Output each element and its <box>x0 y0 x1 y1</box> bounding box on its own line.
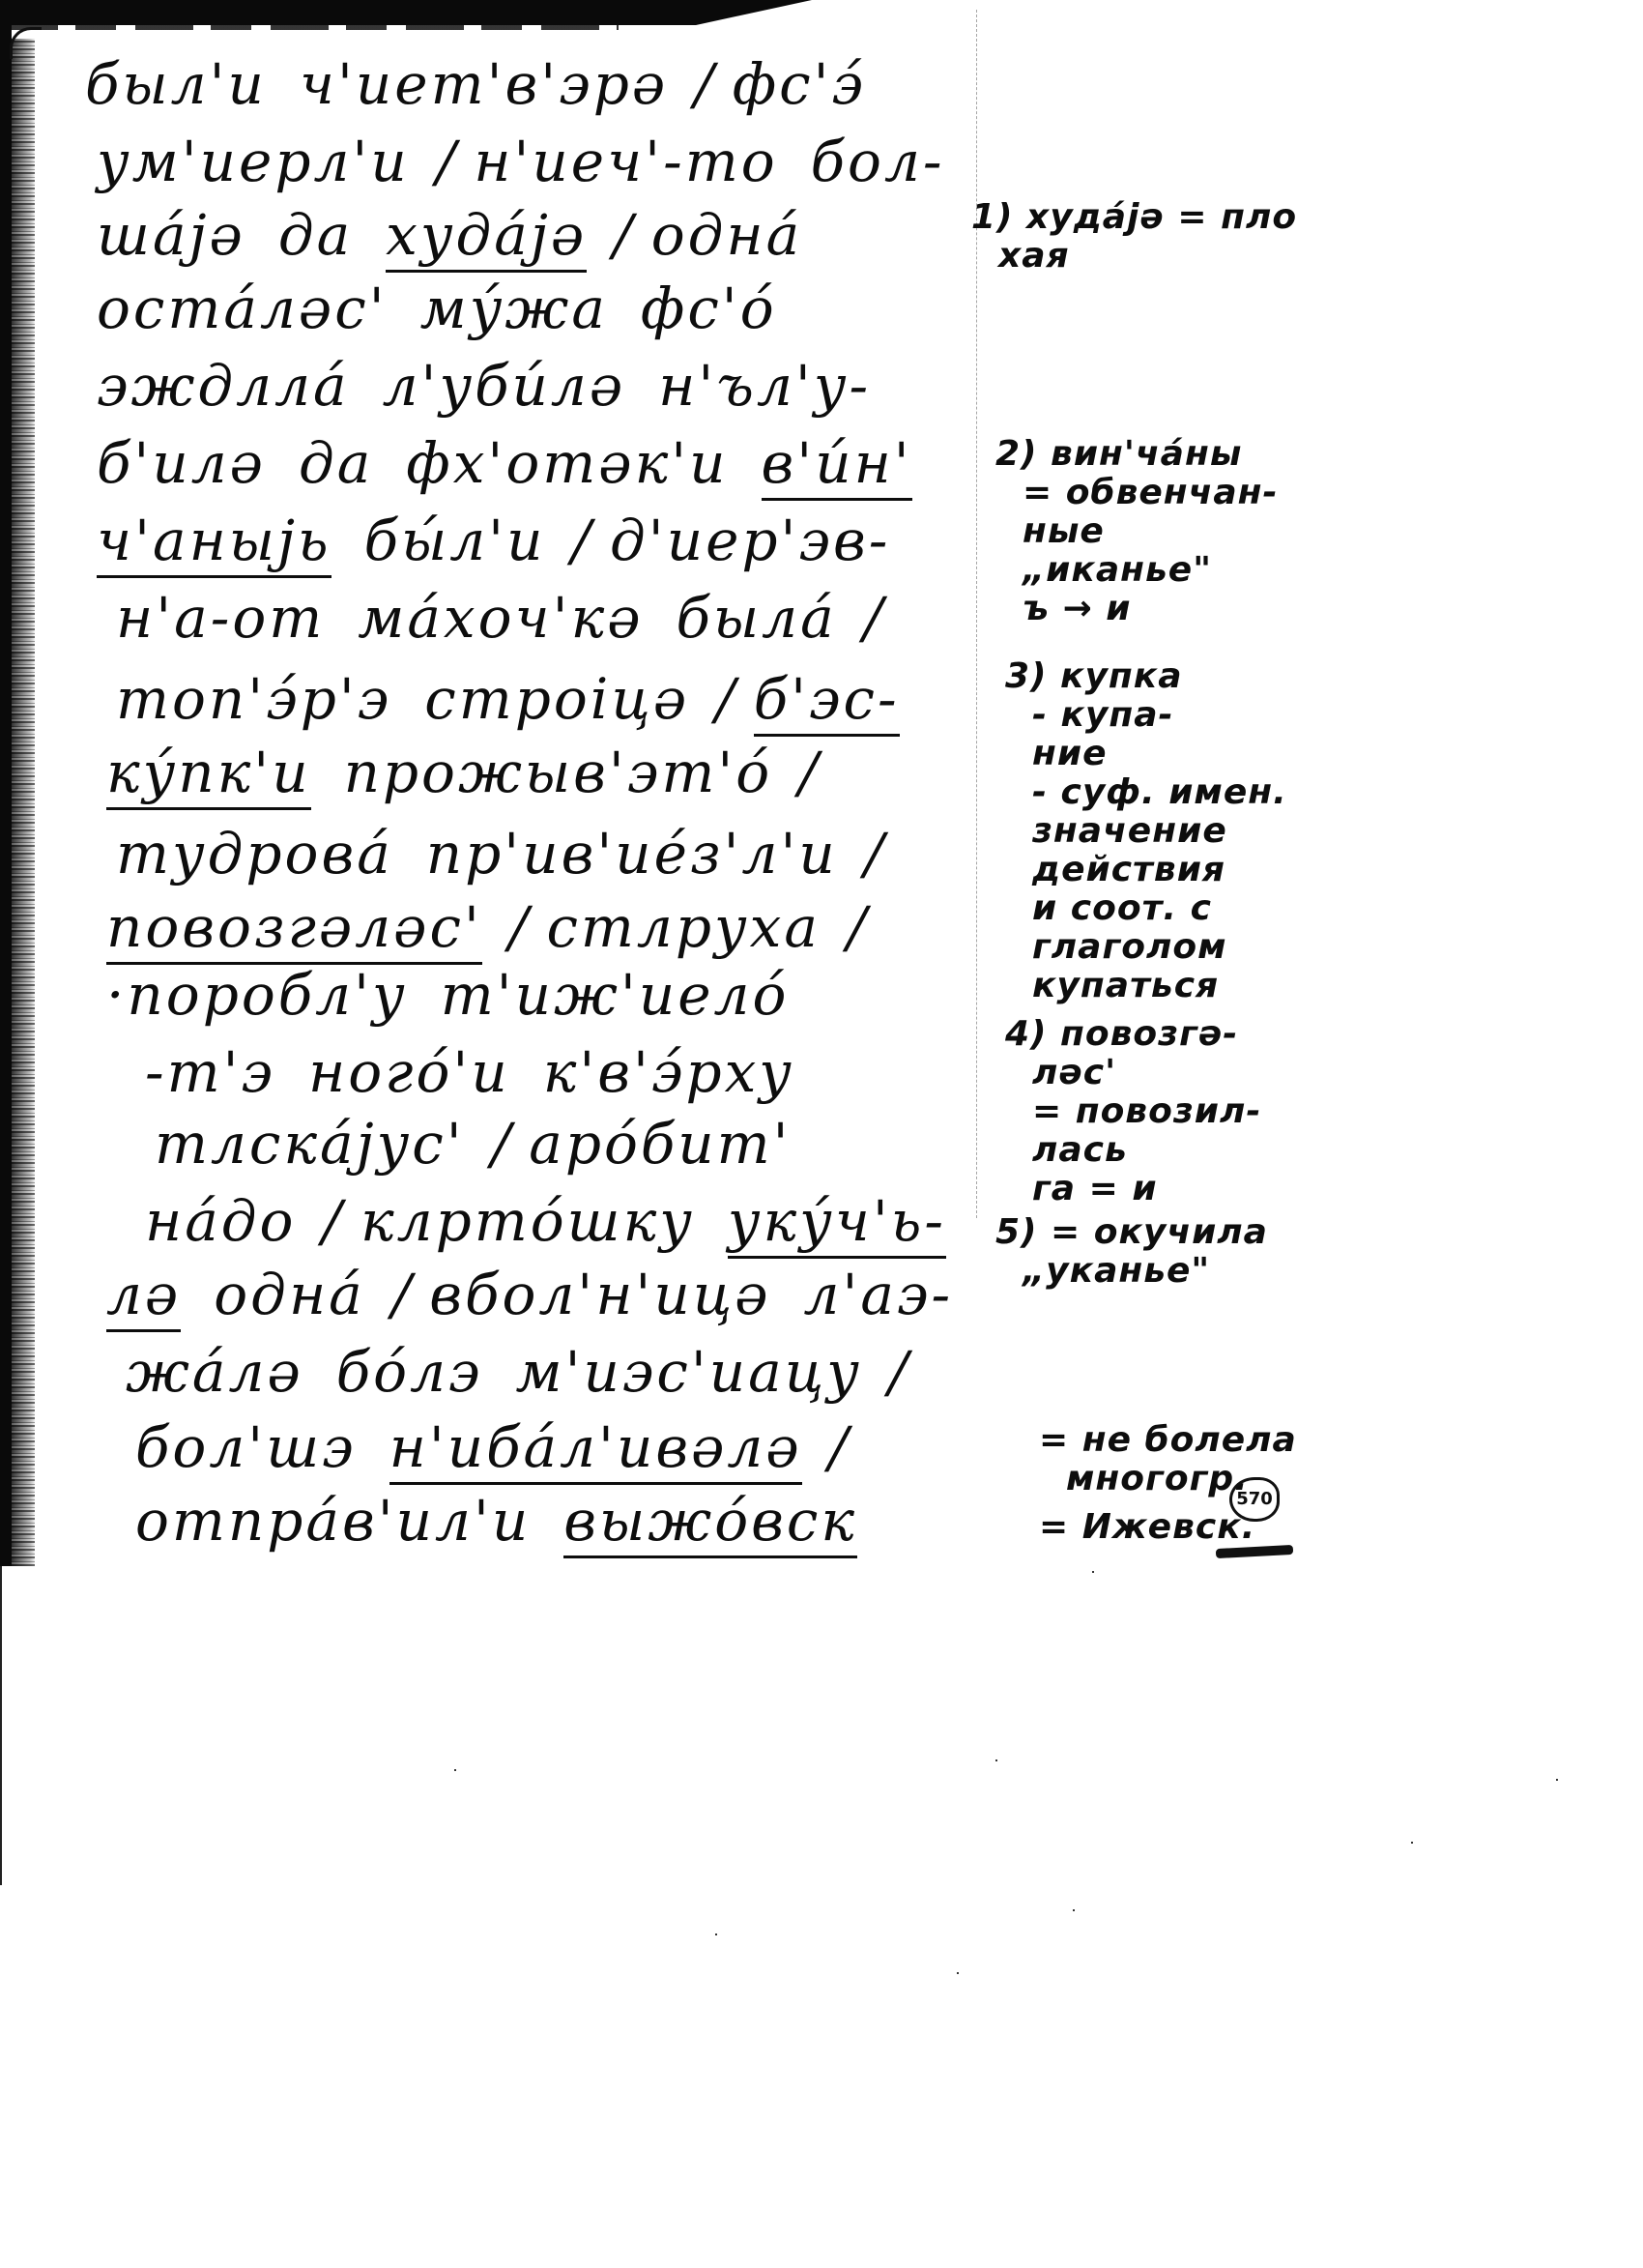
transcribed-word: к'в'э́рху <box>543 1038 794 1106</box>
transcription-line: тлска́jус'/аро́бит' <box>155 1110 792 1178</box>
margin-note-line: и соот. с <box>1005 889 1287 928</box>
transcription-line: ку́пк'ипрожыв'эт'о́/ <box>106 739 837 806</box>
crossed-out-scribble <box>1216 1545 1293 1558</box>
transcribed-word: оста́лəс' <box>97 275 388 342</box>
pause-separator: / <box>484 1110 520 1178</box>
transcribed-word: пр'ив'ие́з'л'и <box>426 820 838 887</box>
scan-speck <box>1092 1571 1094 1573</box>
pause-separator: / <box>840 893 876 961</box>
transcribed-word: д'иер'эв- <box>610 507 890 574</box>
transcribed-word: был'и <box>85 50 267 118</box>
margin-note-line: 1) худа́jə = пло <box>971 198 1297 237</box>
transcribed-word: н'ъл'у- <box>658 352 871 420</box>
underlined-dialect-word: б'эс- <box>754 665 900 737</box>
scan-speck <box>454 1769 456 1771</box>
pause-separator: / <box>565 507 601 574</box>
scan-top-shadow <box>0 0 812 25</box>
scan-speck <box>1411 1842 1413 1844</box>
transcribed-word: прожыв'эт'о́ <box>344 739 773 806</box>
transcription-line: бол'шэн'иба́л'ивəлə/ <box>135 1413 866 1481</box>
transcribed-word: строiцə <box>424 665 689 733</box>
margin-note-2: 2) вин'ча́ны= обвенчан-ные„иканье"ъ → и <box>995 435 1278 628</box>
transcribed-word: была́ <box>677 584 837 652</box>
transcription-line: топ'э́р'эстроiцə/б'эс- <box>116 665 900 733</box>
transcribed-word: фх'отəк'и <box>406 429 728 497</box>
pause-separator: / <box>385 1261 420 1328</box>
transcribed-word: фс'э́ <box>733 50 866 118</box>
transcribed-word: ного́'и <box>308 1038 510 1106</box>
scan-speck <box>957 1972 959 1974</box>
margin-note-line: ные <box>995 512 1278 551</box>
transcribed-word: фс'о́ <box>641 275 777 342</box>
underlined-dialect-word: лə <box>106 1261 181 1332</box>
margin-note-line: - суф. имен. <box>1005 773 1287 812</box>
margin-note-line: = обвенчан- <box>995 474 1278 512</box>
transcription-line: ум'иерл'и/н'иеч'-тобол- <box>97 128 945 195</box>
pause-separator: / <box>709 665 745 733</box>
transcribed-word: б'илə <box>97 429 266 497</box>
transcription-line: эждлла́л'уби́лəн'ъл'у- <box>97 352 871 420</box>
pause-separator: / <box>857 820 893 887</box>
underlined-dialect-word: н'иба́л'ивəлə <box>389 1413 802 1485</box>
transcribed-word: бол- <box>811 128 945 195</box>
transcribed-word: тлска́jус' <box>155 1110 465 1178</box>
transcribed-word: ум'иерл'и <box>97 128 410 195</box>
pause-separator: / <box>429 128 465 195</box>
underlined-dialect-word: худа́jə <box>386 201 587 273</box>
margin-note-line: - купа- <box>1005 696 1287 735</box>
pause-separator: / <box>688 50 724 118</box>
transcribed-word: т'иж'иело́ <box>441 961 790 1029</box>
underlined-dialect-word: уку́ч'ь- <box>728 1187 946 1259</box>
page-number-stamp: 570 <box>1229 1477 1280 1522</box>
margin-note-line: га = и <box>1005 1170 1261 1208</box>
margin-note-line: лəс' <box>1005 1054 1261 1092</box>
underlined-dialect-word: ч'аныjь <box>97 507 331 578</box>
transcription-line: тудрова́пр'ив'ие́з'л'и/ <box>116 820 902 887</box>
pause-separator: / <box>793 739 828 806</box>
transcribed-word: л'уби́лə <box>383 352 626 420</box>
margin-note-line: ние <box>1005 735 1287 773</box>
transcribed-word: н'иеч'-то <box>474 128 777 195</box>
margin-note-line: = не болела <box>1039 1421 1297 1460</box>
scan-left-binding-shadow <box>12 39 35 1566</box>
transcribed-word: топ'э́р'э <box>116 665 391 733</box>
scan-speck <box>715 1934 717 1935</box>
transcribed-word: бол'шэ <box>135 1413 357 1481</box>
transcribed-word: да <box>299 429 373 497</box>
transcription-line: н'а-отма́хоч'кəбыла́/ <box>116 584 901 652</box>
transcribed-word: жа́лə <box>126 1338 303 1406</box>
transcribed-word: аро́бит' <box>529 1110 791 1178</box>
transcription-line: был'ич'иет'в'эрə/фс'э́ <box>85 50 866 118</box>
transcribed-word: одна́ <box>214 1261 364 1328</box>
scan-speck <box>1556 1779 1558 1781</box>
margin-note-line: действия <box>1005 851 1287 889</box>
transcription-line: б'илəдафх'отəк'ив'и́н' <box>97 429 912 497</box>
transcribed-word: л'аэ- <box>804 1261 954 1328</box>
pause-separator: / <box>316 1187 352 1255</box>
margin-note-line: 5) = окучила <box>995 1213 1268 1252</box>
scanned-page: был'ич'иет'в'эрə/фс'э́ум'иерл'и/н'иеч'-т… <box>0 0 1643 2268</box>
margin-note-line: „иканье" <box>995 551 1278 590</box>
pause-separator: / <box>881 1338 917 1406</box>
underlined-dialect-word: в'и́н' <box>762 429 912 501</box>
margin-note-line: ъ → и <box>995 590 1278 628</box>
transcribed-word: на́до <box>145 1187 296 1255</box>
margin-note-line: = повозил- <box>1005 1092 1261 1131</box>
transcribed-word: стлруха <box>546 893 820 961</box>
margin-note-3: 3) купка- купа-ние- суф. имен.значениеде… <box>1005 657 1287 1005</box>
transcription-line: отпра́в'ил'ивыжо́вск <box>135 1487 857 1555</box>
margin-note-line: лась <box>1005 1131 1261 1170</box>
scan-speck <box>995 1759 997 1761</box>
page-corner <box>10 27 42 59</box>
margin-note-4: 4) повозгə-лəс'= повозил-ласьга = и <box>1005 1015 1261 1208</box>
transcribed-word: -т'э <box>145 1038 275 1106</box>
transcription-line: ·поробл'ут'иж'иело́ <box>106 961 789 1029</box>
pause-separator: / <box>821 1413 857 1481</box>
transcription-line: жа́лəбо́лэм'иэс'иацу/ <box>126 1338 926 1406</box>
fold-line <box>976 10 977 1218</box>
transcribed-word: отпра́в'ил'и <box>135 1487 531 1555</box>
underlined-dialect-word: выжо́вск <box>563 1487 857 1558</box>
margin-note-line: купаться <box>1005 967 1287 1005</box>
scan-top-shadow-texture <box>0 25 619 30</box>
transcription-line: повозгəлəс'/стлруха/ <box>106 893 884 961</box>
transcribed-word: му́жа <box>420 275 608 342</box>
margin-note-7: = Ижевск. <box>1039 1508 1255 1547</box>
transcribed-word: бы́л'и <box>364 507 546 574</box>
margin-note-line: глаголом <box>1005 928 1287 967</box>
pause-separator: / <box>607 201 643 269</box>
scan-speck <box>1073 1909 1075 1911</box>
transcription-line: ша́jəдахуда́jə/одна́ <box>97 201 802 269</box>
transcription-line: ч'аныjьбы́л'и/д'иер'эв- <box>97 507 890 574</box>
transcription-line: -т'эного́'ик'в'э́рху <box>145 1038 794 1106</box>
scan-left-lower-edge <box>0 1566 2 1885</box>
scan-left-edge <box>0 0 12 1566</box>
margin-note-5: 5) = окучила„уканье" <box>995 1213 1268 1291</box>
margin-note-line: „уканье" <box>995 1252 1268 1291</box>
pause-separator: / <box>502 893 537 961</box>
pause-separator: / <box>856 584 892 652</box>
transcribed-word: м'иэс'иацу <box>516 1338 862 1406</box>
transcribed-word: ч'иет'в'эрə <box>300 50 668 118</box>
transcription-line: на́до/клрто́шкууку́ч'ь- <box>145 1187 946 1255</box>
transcribed-word: бо́лэ <box>336 1338 483 1406</box>
margin-note-line: 2) вин'ча́ны <box>995 435 1278 474</box>
underlined-dialect-word: ку́пк'и <box>106 739 311 810</box>
transcribed-word: ша́jə <box>97 201 245 269</box>
transcribed-word: одна́ <box>651 201 802 269</box>
margin-note-line: 4) повозгə- <box>1005 1015 1261 1054</box>
transcribed-word: клрто́шку <box>360 1187 695 1255</box>
transcribed-word: эждлла́ <box>97 352 350 420</box>
transcribed-word: ·поробл'у <box>106 961 408 1029</box>
margin-note-line: значение <box>1005 812 1287 851</box>
margin-note-line: хая <box>971 237 1297 276</box>
underlined-dialect-word: повозгəлəс' <box>106 893 482 965</box>
transcription-line: оста́лəс'му́жафс'о́ <box>97 275 777 342</box>
transcribed-word: н'а-от <box>116 584 325 652</box>
margin-note-line: = Ижевск. <box>1039 1508 1255 1547</box>
margin-note-1: 1) худа́jə = плохая <box>971 198 1297 276</box>
transcribed-word: ма́хоч'кə <box>358 584 643 652</box>
margin-note-line: 3) купка <box>1005 657 1287 696</box>
transcribed-word: вбол'н'ицə <box>429 1261 770 1328</box>
transcription-line: лəодна́/вбол'н'ицəл'аэ- <box>106 1261 953 1328</box>
transcribed-word: тудрова́ <box>116 820 393 887</box>
transcribed-word: да <box>278 201 353 269</box>
